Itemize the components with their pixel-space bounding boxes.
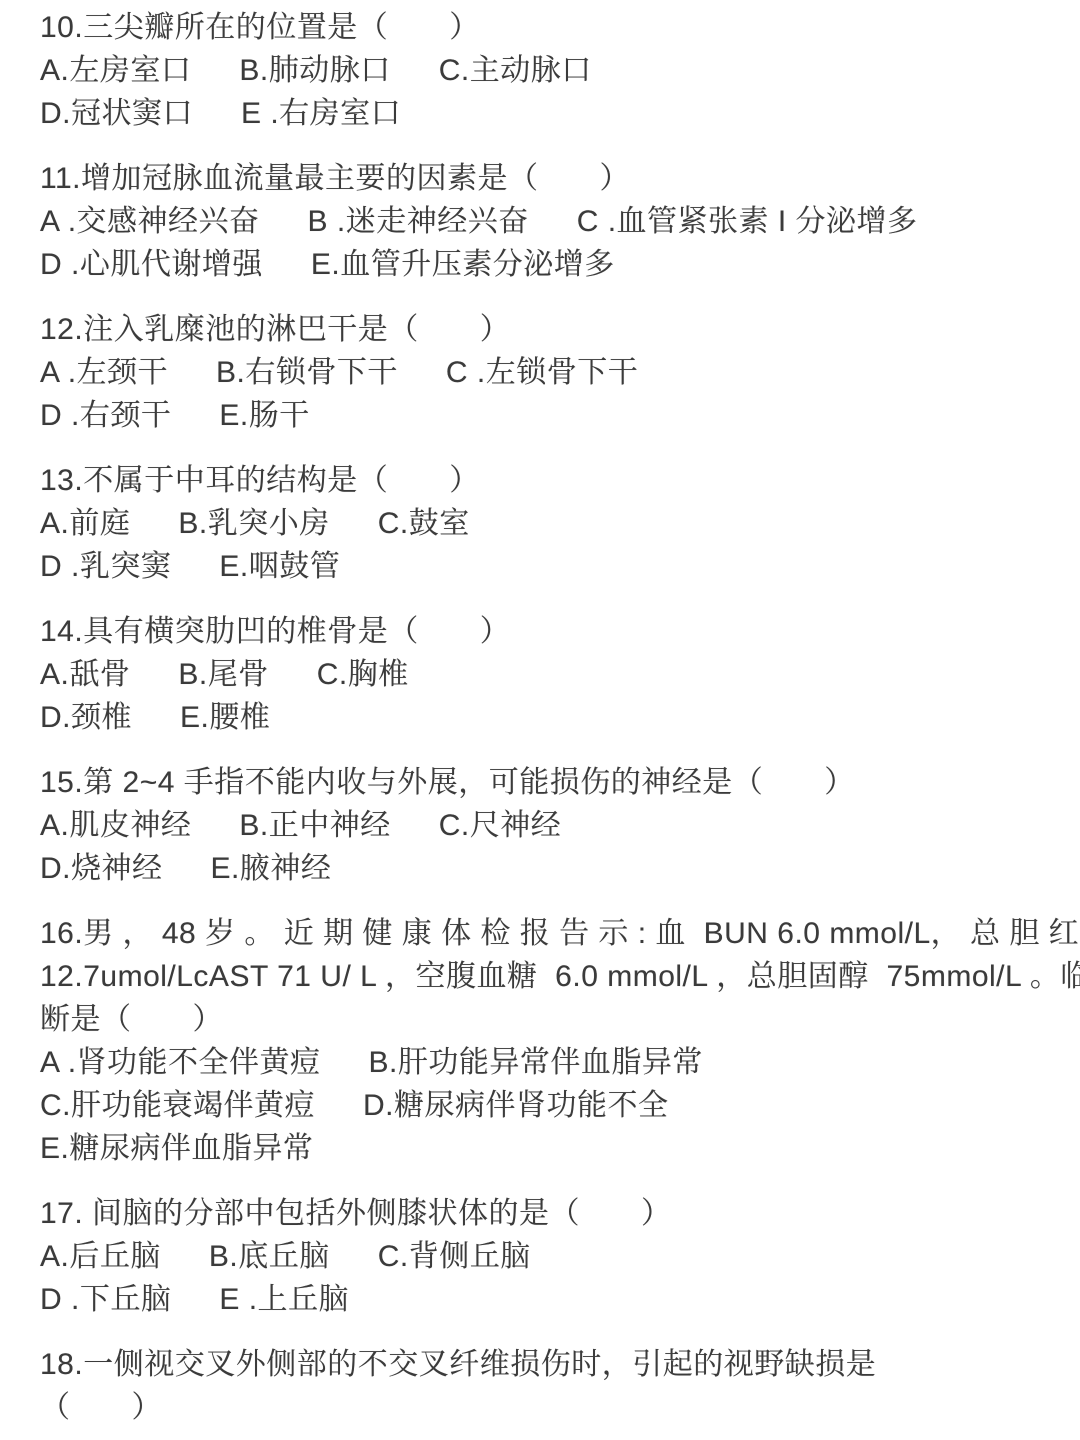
question-10-stem: 10.三尖瓣所在的位置是（ ） xyxy=(40,6,1042,49)
question-17: 17. 间脑的分部中包括外侧膝状体的是（ ） A.后丘脑 B.底丘脑 C.背侧丘… xyxy=(40,1192,1042,1321)
question-11: 11.增加冠脉血流量最主要的因素是（ ） A .交感神经兴奋 B .迷走神经兴奋… xyxy=(40,157,1042,286)
option-e: E.咽鼓管 xyxy=(219,545,340,588)
exam-page: 10.三尖瓣所在的位置是（ ） A.左房室口 B.肺动脉口 C.主动脉口 D.冠… xyxy=(0,0,1080,1440)
question-17-options-row-1: A.后丘脑 B.底丘脑 C.背侧丘脑 xyxy=(40,1235,1042,1278)
question-15: 15.第 2~4 手指不能内收与外展，可能损伤的神经是（ ） A.肌皮神经 B.… xyxy=(40,761,1042,890)
option-c: C.鼓室 xyxy=(378,502,470,545)
option-e: E .右房室口 xyxy=(241,92,401,135)
option-c: C.肝功能衰竭伴黄痘 xyxy=(40,1084,315,1127)
question-16-stem-line-3: 断是（ ） xyxy=(40,998,1042,1041)
question-12-stem: 12.注入乳糜池的淋巴干是（ ） xyxy=(40,308,1042,351)
question-14-options-row-1: A.舐骨 B.尾骨 C.胸椎 xyxy=(40,653,1042,696)
option-c: C .血管紧张素 I 分泌增多 xyxy=(577,200,918,243)
option-e: E.血管升压素分泌增多 xyxy=(311,243,615,286)
option-a: A.左房室口 xyxy=(40,49,191,92)
option-c: C.主动脉口 xyxy=(439,49,592,92)
option-c: C.尺神经 xyxy=(439,804,562,847)
option-a: A .交感神经兴奋 xyxy=(40,200,260,243)
option-e: E.肠干 xyxy=(219,394,309,437)
option-a: A.舐骨 xyxy=(40,653,130,696)
question-10-options-row-1: A.左房室口 B.肺动脉口 C.主动脉口 xyxy=(40,49,1042,92)
option-d: D .右颈干 xyxy=(40,394,171,437)
question-12-options-row-2: D .右颈干 E.肠干 xyxy=(40,394,1042,437)
question-18: 18.一侧视交叉外侧部的不交叉纤维损伤时，引起的视野缺损是 （ ） xyxy=(40,1343,1042,1429)
option-e: E .上丘脑 xyxy=(219,1278,349,1321)
question-18-stem-line-2: （ ） xyxy=(40,1386,1042,1429)
question-16-options-row-2: C.肝功能衰竭伴黄痘 D.糖尿病伴肾功能不全 xyxy=(40,1084,1042,1127)
option-c: C.背侧丘脑 xyxy=(378,1235,531,1278)
question-13: 13.不属于中耳的结构是（ ） A.前庭 B.乳突小房 C.鼓室 D .乳突窦 … xyxy=(40,459,1042,588)
option-a: A.后丘脑 xyxy=(40,1235,161,1278)
question-10: 10.三尖瓣所在的位置是（ ） A.左房室口 B.肺动脉口 C.主动脉口 D.冠… xyxy=(40,6,1042,135)
option-d: D .心肌代谢增强 xyxy=(40,243,263,286)
question-14: 14.具有横突肋凹的椎骨是（ ） A.舐骨 B.尾骨 C.胸椎 D.颈椎 E.腰… xyxy=(40,610,1042,739)
question-15-options-row-2: D.烧神经 E.腋神经 xyxy=(40,847,1042,890)
question-16-stem-line-1: 16.男 ， 48 岁 。 近 期 健 康 体 检 报 告 示 : 血 BUN … xyxy=(40,912,1042,955)
option-a: A .左颈干 xyxy=(40,351,168,394)
option-c: C.胸椎 xyxy=(317,653,409,696)
option-b: B.肝功能异常伴血脂异常 xyxy=(369,1041,703,1084)
question-15-stem: 15.第 2~4 手指不能内收与外展，可能损伤的神经是（ ） xyxy=(40,761,1042,804)
question-11-stem: 11.增加冠脉血流量最主要的因素是（ ） xyxy=(40,157,1042,200)
option-d: D.糖尿病伴肾功能不全 xyxy=(363,1084,669,1127)
option-c: C .左锁骨下干 xyxy=(446,351,638,394)
question-16-stem-line-2: 12.7umol/LcAST 71 U/ L ，空腹血糖 6.0 mmol/L … xyxy=(40,955,1042,998)
option-d: D.颈椎 xyxy=(40,696,132,739)
option-b: B.尾骨 xyxy=(178,653,268,696)
question-12-options-row-1: A .左颈干 B.右锁骨下干 C .左锁骨下干 xyxy=(40,351,1042,394)
question-14-stem: 14.具有横突肋凹的椎骨是（ ） xyxy=(40,610,1042,653)
option-d: D.冠状窦口 xyxy=(40,92,193,135)
option-e: E.腰椎 xyxy=(180,696,270,739)
option-b: B.底丘脑 xyxy=(209,1235,330,1278)
option-b: B.正中神经 xyxy=(239,804,390,847)
option-b: B.右锁骨下干 xyxy=(216,351,398,394)
option-a: A.肌皮神经 xyxy=(40,804,191,847)
question-13-options-row-1: A.前庭 B.乳突小房 C.鼓室 xyxy=(40,502,1042,545)
question-13-stem: 13.不属于中耳的结构是（ ） xyxy=(40,459,1042,502)
question-15-options-row-1: A.肌皮神经 B.正中神经 C.尺神经 xyxy=(40,804,1042,847)
question-16: 16.男 ， 48 岁 。 近 期 健 康 体 检 报 告 示 : 血 BUN … xyxy=(40,912,1042,1170)
option-d: D .下丘脑 xyxy=(40,1278,171,1321)
question-16-options-row-3: E.糖尿病伴血脂异常 xyxy=(40,1127,1042,1170)
option-d: D .乳突窦 xyxy=(40,545,171,588)
question-11-options-row-2: D .心肌代谢增强 E.血管升压素分泌增多 xyxy=(40,243,1042,286)
question-13-options-row-2: D .乳突窦 E.咽鼓管 xyxy=(40,545,1042,588)
question-11-options-row-1: A .交感神经兴奋 B .迷走神经兴奋 C .血管紧张素 I 分泌增多 xyxy=(40,200,1042,243)
option-e: E.腋神经 xyxy=(211,847,332,890)
question-17-options-row-2: D .下丘脑 E .上丘脑 xyxy=(40,1278,1042,1321)
question-10-options-row-2: D.冠状窦口 E .右房室口 xyxy=(40,92,1042,135)
question-17-stem: 17. 间脑的分部中包括外侧膝状体的是（ ） xyxy=(40,1192,1042,1235)
option-b: B.乳突小房 xyxy=(178,502,329,545)
option-a: A.前庭 xyxy=(40,502,130,545)
option-a: A .肾功能不全伴黄痘 xyxy=(40,1041,321,1084)
question-16-options-row-1: A .肾功能不全伴黄痘 B.肝功能异常伴血脂异常 xyxy=(40,1041,1042,1084)
option-b: B .迷走神经兴奋 xyxy=(308,200,529,243)
question-12: 12.注入乳糜池的淋巴干是（ ） A .左颈干 B.右锁骨下干 C .左锁骨下干… xyxy=(40,308,1042,437)
option-e: E.糖尿病伴血脂异常 xyxy=(40,1127,313,1170)
option-d: D.烧神经 xyxy=(40,847,163,890)
option-b: B.肺动脉口 xyxy=(239,49,390,92)
question-18-stem-line-1: 18.一侧视交叉外侧部的不交叉纤维损伤时，引起的视野缺损是 xyxy=(40,1343,1042,1386)
question-14-options-row-2: D.颈椎 E.腰椎 xyxy=(40,696,1042,739)
